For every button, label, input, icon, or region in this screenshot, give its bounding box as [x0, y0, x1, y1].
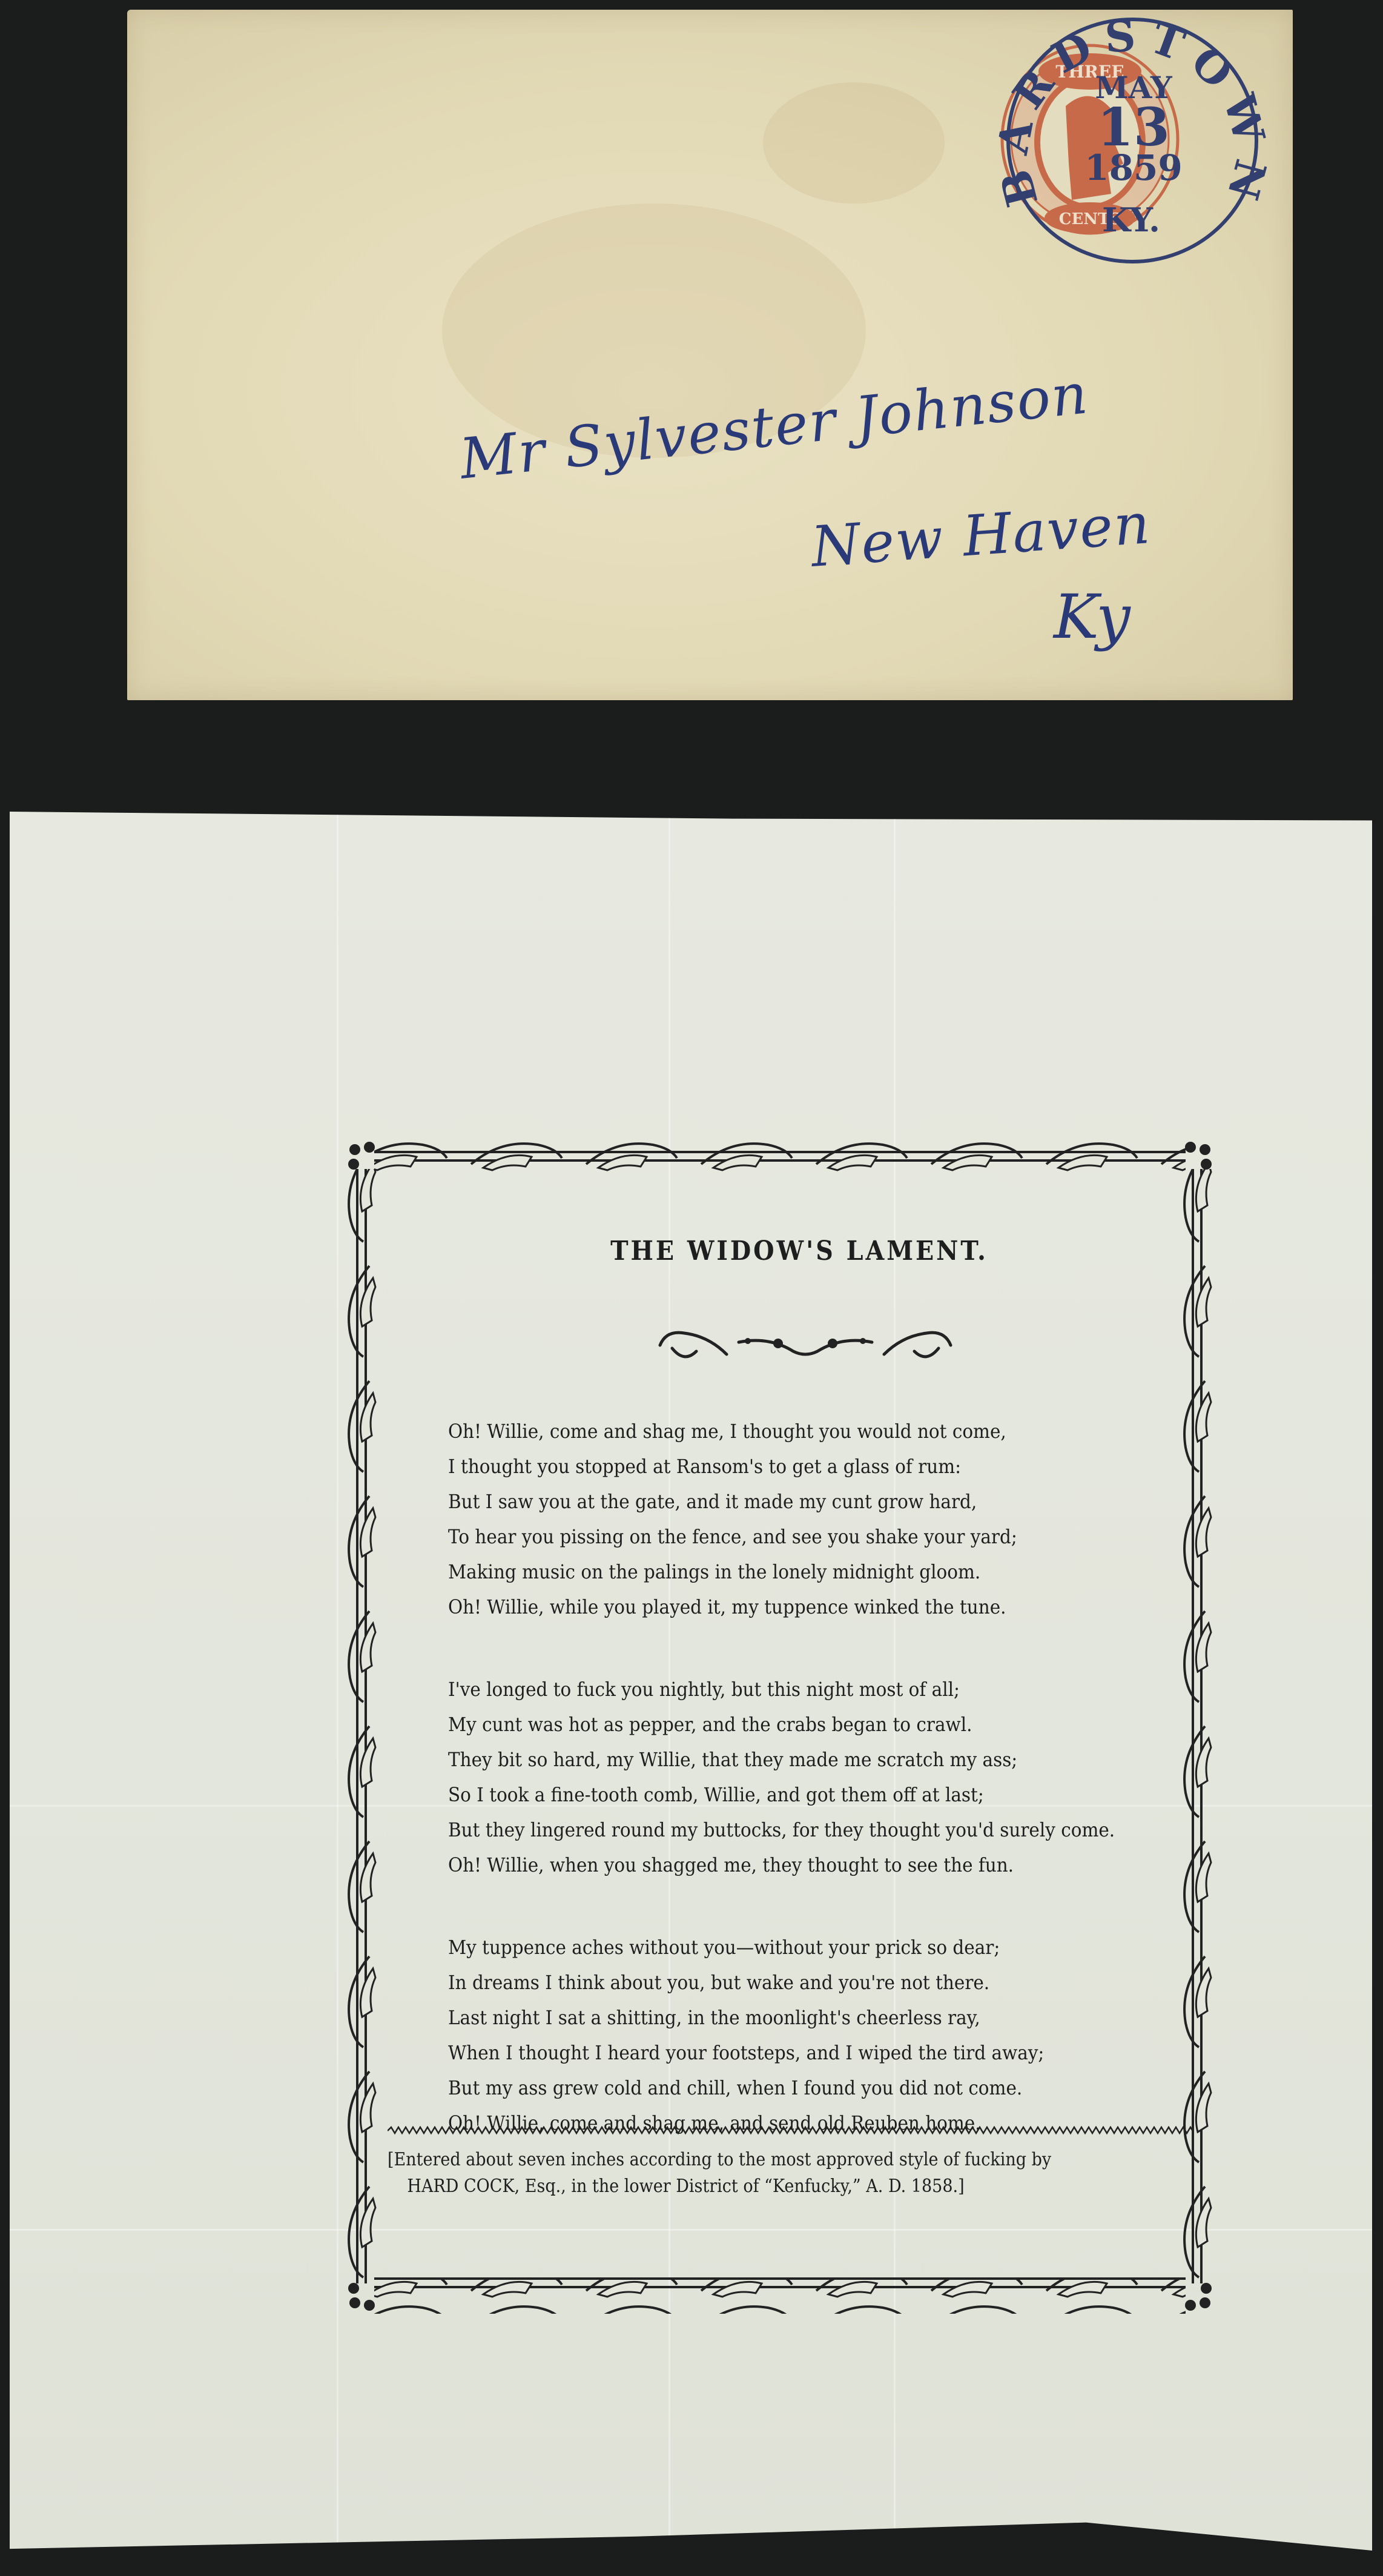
wavy-rule-icon: [388, 2126, 1193, 2136]
poem-line: But my ass grew cold and chill, when I f…: [448, 2070, 1150, 2105]
poem: THE WIDOW'S LAMENT. Oh! Willie, come and…: [448, 1236, 1211, 2141]
poem-line: I thought you stopped at Ransom's to get…: [448, 1449, 1150, 1484]
poem-line: But I saw you at the gate, and it made m…: [448, 1484, 1150, 1519]
addressee-state: Ky: [1054, 581, 1132, 652]
poem-line: My cunt was hot as pepper, and the crabs…: [448, 1707, 1150, 1742]
stanza: Oh! Willie, come and shag me, I thought …: [448, 1414, 1211, 1624]
poem-line: So I took a fine-tooth comb, Willie, and…: [448, 1777, 1150, 1812]
poem-line: Oh! Willie, when you shagged me, they th…: [448, 1847, 1150, 1882]
poem-line: But they lingered round my buttocks, for…: [448, 1812, 1150, 1847]
imprint-line-1: [Entered about seven inches according to…: [388, 2147, 1112, 2173]
poem-line: Last night I sat a shitting, in the moon…: [448, 2000, 1150, 2035]
poem-line: My tuppence aches without you—without yo…: [448, 1930, 1150, 1965]
poem-line: Oh! Willie, come and shag me, I thought …: [448, 1414, 1150, 1449]
poem-line: They bit so hard, my Willie, that they m…: [448, 1742, 1150, 1777]
poem-title: THE WIDOW'S LAMENT.: [436, 1236, 1163, 1266]
stanza: My tuppence aches without you—without yo…: [448, 1930, 1211, 2141]
poem-line: Oh! Willie, while you played it, my tupp…: [448, 1589, 1150, 1624]
flourish-ornament-icon: [648, 1318, 963, 1366]
postmark-state: KY.: [1102, 200, 1160, 239]
postmark: BARDSTOWN MAY 13 1859 KY.: [993, 7, 1272, 268]
imprint-text: [Entered about seven inches according to…: [388, 2147, 1112, 2200]
stanza: I've longed to fuck you nightly, but thi…: [448, 1672, 1211, 1882]
poem-line: Making music on the palings in the lonel…: [448, 1554, 1150, 1589]
paper-stain: [763, 82, 945, 204]
imprint-notice: [Entered about seven inches according to…: [388, 2126, 1193, 2200]
poem-line: In dreams I think about you, but wake an…: [448, 1965, 1150, 2000]
imprint-line-2: HARD COCK, Esq., in the lower District o…: [388, 2173, 1112, 2200]
postmark-year: 1859: [1084, 147, 1182, 188]
fold-line: [337, 812, 338, 2568]
poem-line: I've longed to fuck you nightly, but thi…: [448, 1672, 1150, 1707]
poem-line: When I thought I heard your footsteps, a…: [448, 2035, 1150, 2070]
postmark-circle-icon: BARDSTOWN MAY 13 1859 KY.: [993, 7, 1272, 268]
poem-line: To hear you pissing on the fence, and se…: [448, 1519, 1150, 1554]
